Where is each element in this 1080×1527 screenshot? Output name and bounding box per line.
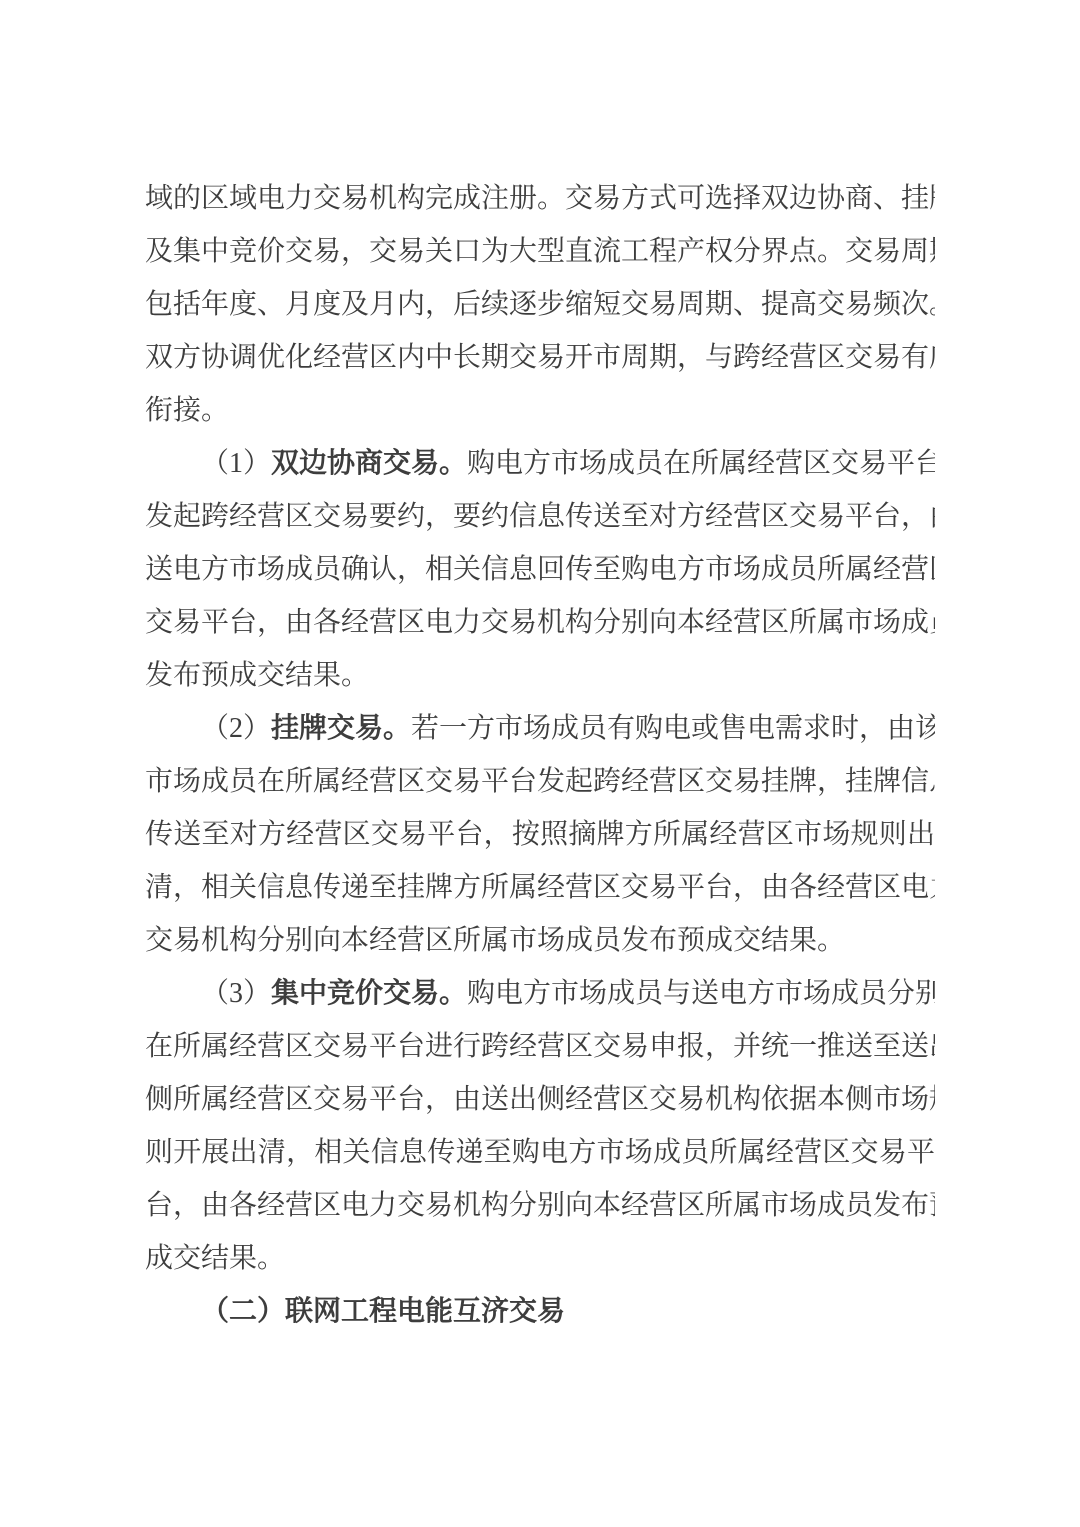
text-segment: 送电方市场成员确认，相关信息回传至购电方市场成员所属经营区 (145, 554, 935, 585)
text-line: 双方协调优化经营区内中长期交易开市周期，与跨经营区交易有序 (145, 331, 935, 384)
text-segment: 发布预成交结果。 (145, 660, 369, 691)
text-line: 及集中竞价交易，交易关口为大型直流工程产权分界点。交易周期 (145, 225, 935, 278)
text-line: （3）集中竞价交易。购电方市场成员与送电方市场成员分别 (145, 967, 935, 1020)
text-segment: 侧所属经营区交易平台，由送出侧经营区交易机构依据本侧市场规 (145, 1084, 935, 1115)
text-segment: （2） (201, 713, 271, 744)
paragraph-item-1: （1）双边协商交易。购电方市场成员在所属经营区交易平台发起跨经营区交易要约，要约… (145, 437, 935, 702)
text-line: 包括年度、月度及月内，后续逐步缩短交易周期、提高交易频次。 (145, 278, 935, 331)
document-page: 域的区域电力交易机构完成注册。交易方式可选择双边协商、挂牌及集中竞价交易，交易关… (0, 0, 1080, 1527)
text-line: 清，相关信息传递至挂牌方所属经营区交易平台，由各经营区电力 (145, 861, 935, 914)
text-line: 市场成员在所属经营区交易平台发起跨经营区交易挂牌，挂牌信息 (145, 755, 935, 808)
text-segment: 域的区域电力交易机构完成注册。交易方式可选择双边协商、挂牌 (145, 183, 935, 214)
paragraph-intro: 域的区域电力交易机构完成注册。交易方式可选择双边协商、挂牌及集中竞价交易，交易关… (145, 172, 935, 437)
text-line: 交易平台，由各经营区电力交易机构分别向本经营区所属市场成员 (145, 596, 935, 649)
text-line: 送电方市场成员确认，相关信息回传至购电方市场成员所属经营区 (145, 543, 935, 596)
text-line: （二）联网工程电能互济交易 (145, 1285, 935, 1338)
text-segment: 清，相关信息传递至挂牌方所属经营区交易平台，由各经营区电力 (145, 872, 935, 903)
text-segment: （1） (201, 448, 271, 479)
text-segment: 购电方市场成员在所属经营区交易平台 (467, 448, 935, 479)
text-segment: 交易机构分别向本经营区所属市场成员发布预成交结果。 (145, 925, 845, 956)
text-segment: 则开展出清，相关信息传递至购电方市场成员所属经营区交易平 (145, 1137, 935, 1168)
text-segment: 发起跨经营区交易要约，要约信息传送至对方经营区交易平台，由 (145, 501, 935, 532)
text-line: 则开展出清，相关信息传递至购电方市场成员所属经营区交易平 (145, 1126, 935, 1179)
text-segment: 台，由各经营区电力交易机构分别向本经营区所属市场成员发布预 (145, 1190, 935, 1221)
text-segment: 衔接。 (145, 395, 229, 426)
heading-section-2: （二）联网工程电能互济交易 (145, 1285, 935, 1338)
text-segment: 包括年度、月度及月内，后续逐步缩短交易周期、提高交易频次。 (145, 289, 935, 320)
text-line: 发布预成交结果。 (145, 649, 935, 702)
text-segment: 成交结果。 (145, 1243, 285, 1274)
text-line: 发起跨经营区交易要约，要约信息传送至对方经营区交易平台，由 (145, 490, 935, 543)
document-body: 域的区域电力交易机构完成注册。交易方式可选择双边协商、挂牌及集中竞价交易，交易关… (145, 172, 935, 1338)
text-segment: 及集中竞价交易，交易关口为大型直流工程产权分界点。交易周期 (145, 236, 935, 267)
text-segment: （3） (201, 978, 271, 1009)
text-line: 成交结果。 (145, 1232, 935, 1285)
text-segment: 市场成员在所属经营区交易平台发起跨经营区交易挂牌，挂牌信息 (145, 766, 935, 797)
text-segment: 交易平台，由各经营区电力交易机构分别向本经营区所属市场成员 (145, 607, 935, 638)
paragraph-item-3: （3）集中竞价交易。购电方市场成员与送电方市场成员分别在所属经营区交易平台进行跨… (145, 967, 935, 1285)
bold-term: 集中竞价交易。 (271, 978, 467, 1009)
text-line: 台，由各经营区电力交易机构分别向本经营区所属市场成员发布预 (145, 1179, 935, 1232)
bold-term: 挂牌交易。 (271, 713, 411, 744)
text-segment: 在所属经营区交易平台进行跨经营区交易申报，并统一推送至送出 (145, 1031, 935, 1062)
text-segment: 购电方市场成员与送电方市场成员分别 (467, 978, 935, 1009)
bold-term: （二）联网工程电能互济交易 (201, 1296, 565, 1327)
text-segment: 双方协调优化经营区内中长期交易开市周期，与跨经营区交易有序 (145, 342, 935, 373)
text-line: （2）挂牌交易。若一方市场成员有购电或售电需求时，由该 (145, 702, 935, 755)
text-line: 衔接。 (145, 384, 935, 437)
text-segment: 传送至对方经营区交易平台，按照摘牌方所属经营区市场规则出 (145, 819, 935, 850)
text-line: 域的区域电力交易机构完成注册。交易方式可选择双边协商、挂牌 (145, 172, 935, 225)
text-line: 在所属经营区交易平台进行跨经营区交易申报，并统一推送至送出 (145, 1020, 935, 1073)
bold-term: 双边协商交易。 (271, 448, 467, 479)
text-line: 侧所属经营区交易平台，由送出侧经营区交易机构依据本侧市场规 (145, 1073, 935, 1126)
paragraph-item-2: （2）挂牌交易。若一方市场成员有购电或售电需求时，由该市场成员在所属经营区交易平… (145, 702, 935, 967)
text-line: （1）双边协商交易。购电方市场成员在所属经营区交易平台 (145, 437, 935, 490)
text-segment: 若一方市场成员有购电或售电需求时，由该 (411, 713, 935, 744)
text-line: 交易机构分别向本经营区所属市场成员发布预成交结果。 (145, 914, 935, 967)
text-line: 传送至对方经营区交易平台，按照摘牌方所属经营区市场规则出 (145, 808, 935, 861)
